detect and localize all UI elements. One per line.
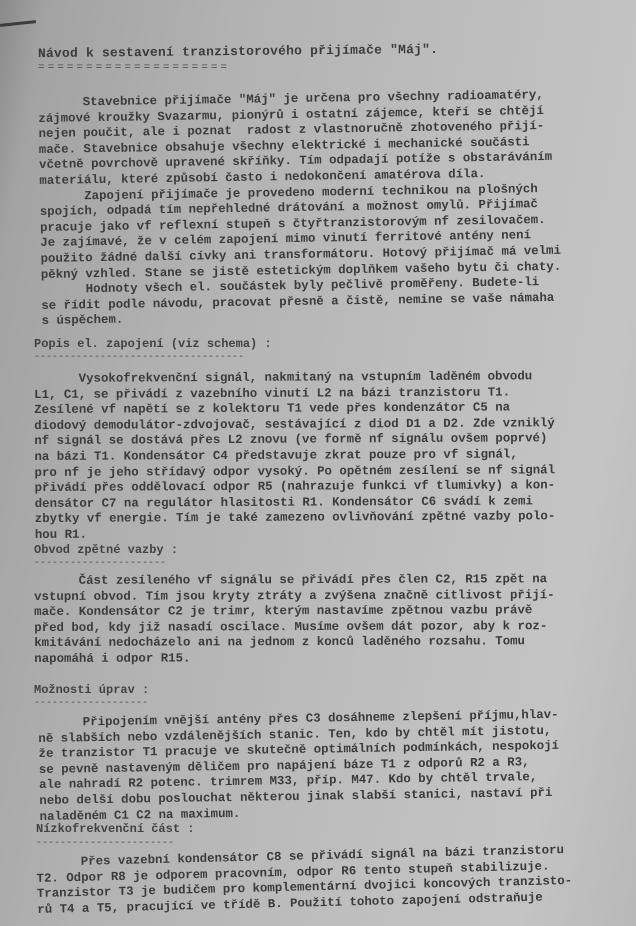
section-body-circuit-description: Vysokofrekvenční signál, nakmitaný na vs…: [34, 369, 555, 543]
section-heading-feedback-circuit: Obvod zpětné vazby :: [34, 543, 178, 557]
section-underline-modifications: -------------------: [34, 698, 148, 709]
section-body-audio-stage: Přes vazební kondensátor C8 se přivádí s…: [36, 843, 573, 918]
text-line: zbytky vf energie. Tím je také zamezeno …: [35, 510, 556, 528]
text-line: před bod, kdy již nasadí oscilace. Musím…: [34, 619, 555, 636]
scanned-document-page: Návod k sestavení tranzistorového přijím…: [0, 0, 636, 926]
text-line: hou R1.: [35, 525, 556, 543]
text-line: napomáhá i odpor R15.: [34, 650, 555, 667]
text-line: kmitávání nedocházelo ani na jednom z ko…: [34, 635, 555, 652]
text-line: vstupní obvod. Tím jsou kryty ztráty a z…: [34, 588, 555, 605]
title-underline: ====================: [38, 62, 230, 74]
section-body-modifications: Připojením vnější antény přes C3 dosáhne…: [38, 708, 560, 825]
text-line: Část zesíleného vf signálu se přivádí př…: [34, 572, 555, 589]
text-line: mače. Kondensátor C2 je trimr, kterým na…: [34, 603, 555, 620]
document-title: Návod k sestavení tranzistorového přijím…: [38, 42, 438, 61]
page-edge-mark: [0, 20, 36, 27]
section-underline-feedback-circuit: ----------------------: [34, 558, 166, 569]
section-heading-circuit-description: Popis el. zapojení (viz schema) :: [34, 337, 272, 351]
section-heading-audio-stage: Nízkofrekvenční část :: [36, 822, 194, 836]
intro-paragraph: Stavebnice přijímače "Máj" je určena pro…: [38, 88, 562, 330]
section-underline-circuit-description: -----------------------------------: [34, 352, 244, 363]
section-heading-modifications: Možnosti úprav :: [34, 683, 149, 697]
section-body-feedback-circuit: Část zesíleného vf signálu se přivádí př…: [34, 572, 555, 667]
section-underline-audio-stage: -----------------------: [36, 838, 174, 849]
